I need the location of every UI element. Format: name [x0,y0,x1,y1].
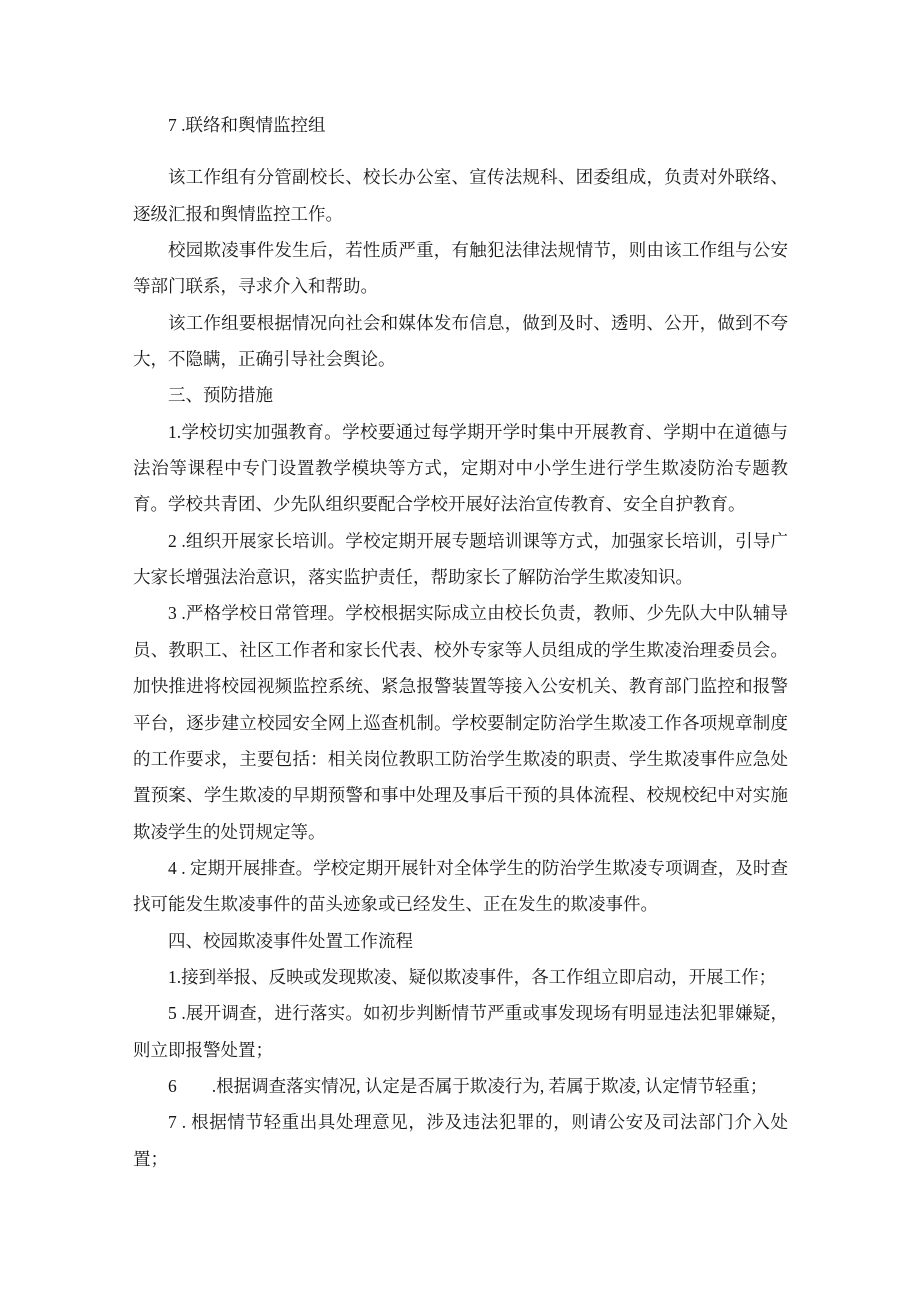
paragraph: 6 .根据调查落实情况, 认定是否属于欺凌行为, 若属于欺凌, 认定情节轻重； [133,1068,788,1104]
paragraph: 该工作组有分管副校长、校长办公室、宣传法规科、团委组成，负责对外联络、逐级汇报和… [133,159,788,232]
paragraph: 7 . 根据情节轻重出具处理意见，涉及违法犯罪的，则请公安及司法部门介入处置； [133,1104,788,1177]
section-heading: 四、校园欺凌事件处置工作流程 [133,923,788,959]
paragraph: 2 .组织开展家长培训。学校定期开展专题培训课等方式，加强家长培训，引导广大家长… [133,523,788,596]
paragraph: 3 .严格学校日常管理。学校根据实际成立由校长负责，教师、少先队大中队辅导员、教… [133,595,788,849]
numbered-heading: 7 .联络和舆情监控组 [133,107,788,143]
document-text-area: 7 .联络和舆情监控组该工作组有分管副校长、校长办公室、宣传法规科、团委组成，负… [133,107,788,1177]
paragraph: 该工作组要根据情况向社会和媒体发布信息，做到及时、透明、公开，做到不夸大，不隐瞒… [133,305,788,378]
paragraph: 1.接到举报、反映或发现欺凌、疑似欺凌事件，各工作组立即启动，开展工作； [133,959,788,995]
paragraph: 4 . 定期开展排查。学校定期开展针对全体学生的防治学生欺凌专项调查，及时查找可… [133,850,788,923]
paragraph: 5 .展开调查，进行落实。如初步判断情节严重或事发现场有明显违法犯罪嫌疑，则立即… [133,995,788,1068]
paragraph: 1.学校切实加强教育。学校要通过每学期开学时集中开展教育、学期中在道德与法治等课… [133,414,788,523]
document-page: 7 .联络和舆情监控组该工作组有分管副校长、校长办公室、宣传法规科、团委组成，负… [0,0,920,1301]
paragraph: 校园欺凌事件发生后，若性质严重，有触犯法律法规情节，则由该工作组与公安等部门联系… [133,232,788,305]
section-heading: 三、预防措施 [133,377,788,413]
